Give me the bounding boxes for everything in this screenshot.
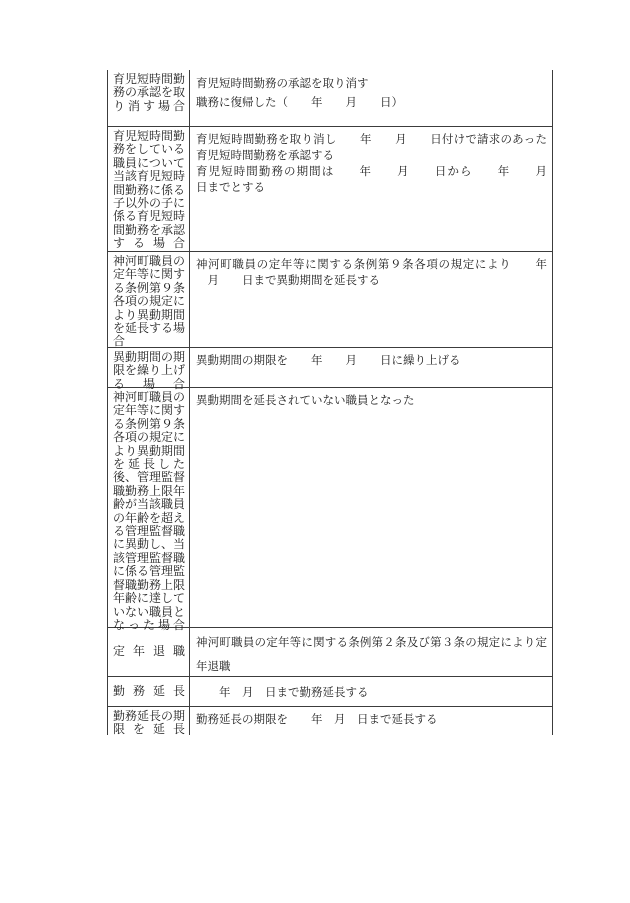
condition-text-line: 年齢に達して [113,592,185,605]
condition-text-line: 務の承認を取 [113,86,185,99]
table-row: 育児短時間勤務の承認を取り消す場合育児短時間勤務の承認を取り消す職務に復帰した（… [108,70,552,127]
action-cell: 神河町職員の定年等に関する条例第２条及び第３条の規定により定年退職 [190,628,552,676]
ordinance-procedure-table: 育児短時間勤務の承認を取り消す場合育児短時間勤務の承認を取り消す職務に復帰した（… [107,70,553,735]
table-row: 神河町職員の定年等に関する条例第９条各項の規定により異動期間を延長した後、管理監… [108,388,552,628]
condition-text-line: 係る育児短時 [113,210,185,223]
table-row: 勤務延長 年 月 日まで勤務延長する [108,677,552,707]
action-text-line: 神河町職員の定年等に関する条例第２条及び第３条の規定により定 [196,630,547,654]
condition-cell: 異動期間の期限を繰り上げる場合 [108,348,190,387]
condition-text-line: 合 [113,335,185,348]
action-text-line: 育児短時間勤務を承認する [196,147,547,163]
condition-text-line: 後、管理監督 [113,471,185,484]
condition-text-line: 務をしている [113,143,185,156]
condition-text-line: に係る管理監 [113,565,185,578]
action-cell: 神河町職員の定年等に関する条例第９条各項の規定により 年 月 日まで異動期間を延… [190,252,552,347]
action-cell: 勤務延長の期限を 年 月 日まで延長する [190,707,552,735]
table-row: 異動期間の期限を繰り上げる場合異動期間の期限を 年 月 日に繰り上げる [108,348,552,388]
condition-text-line: 育児短時間勤 [113,73,185,86]
action-text-line: 年 月 日まで勤務延長する [196,684,547,700]
condition-cell: 勤務延長 [108,677,190,706]
condition-text-line: 勤務延長の期 [113,710,185,723]
action-text-line: 勤務延長の期限を 年 月 日まで延長する [196,711,547,727]
action-text-line: 年退職 [196,654,547,676]
condition-text-line: 当該育児短時 [113,170,185,183]
condition-text-line: 定年等に関す [113,268,185,281]
condition-cell: 神河町職員の定年等に関する条例第９条各項の規定により異動期間を延長する場合 [108,252,190,347]
condition-text-line: 各項の規定に [113,431,185,444]
action-text-line: 育児短時間勤務を取り消し 年 月 日付けで請求のあった [196,131,547,147]
table-row: 勤務延長の期限を延長勤務延長の期限を 年 月 日まで延長する [108,707,552,735]
condition-cell: 育児短時間勤務をしている職員について当該育児短時間勤務に係る子以外の子に係る育児… [108,127,190,251]
action-text-line: 異動期間の期限を 年 月 日に繰り上げる [196,352,547,368]
condition-text-line: 勤務延長 [113,685,185,698]
action-text-line: 月 日まで異動期間を延長する [196,272,547,288]
action-cell: 異動期間の期限を 年 月 日に繰り上げる [190,348,552,387]
table-row: 育児短時間勤務をしている職員について当該育児短時間勤務に係る子以外の子に係る育児… [108,127,552,252]
condition-cell: 勤務延長の期限を延長 [108,707,190,735]
condition-text-line: 各項の規定に [113,295,185,308]
action-text-line: 育児短時間勤務の承認を取り消す [196,74,547,93]
condition-text-line: より異動期間 [113,445,185,458]
condition-text-line: 間勤務に係る [113,184,185,197]
condition-text-line: いない職員と [113,606,185,619]
condition-cell: 育児短時間勤務の承認を取り消す場合 [108,70,190,126]
action-text-line: 日までとする [196,179,547,195]
condition-text-line: 定年退職 [113,645,185,658]
condition-text-line: 定年等に関す [113,404,185,417]
action-text-line: 育児短時間勤務の期間は 年 月 日から 年 月 [196,163,547,179]
action-cell: 育児短時間勤務を取り消し 年 月 日付けで請求のあった育児短時間勤務を承認する育… [190,127,552,251]
condition-text-line: 育児短時間勤 [113,130,185,143]
action-text-line: 異動期間を延長されていない職員となった [196,392,547,408]
action-text-line: 職務に復帰した（ 年 月 日） [196,93,547,112]
action-cell: 育児短時間勤務の承認を取り消す職務に復帰した（ 年 月 日） [190,70,552,126]
condition-cell: 定年退職 [108,628,190,676]
table-row: 定年退職神河町職員の定年等に関する条例第２条及び第３条の規定により定年退職 [108,628,552,677]
document-page: 育児短時間勤務の承認を取り消す場合育児短時間勤務の承認を取り消す職務に復帰した（… [0,0,630,903]
condition-text-line: 限を繰り上げ [113,364,185,377]
action-cell: 異動期間を延長されていない職員となった [190,388,552,627]
condition-text-line: 齢が当該職員 [113,498,185,511]
action-text-line: 神河町職員の定年等に関する条例第９条各項の規定により 年 [196,256,547,272]
table-row: 神河町職員の定年等に関する条例第９条各項の規定により異動期間を延長する場合神河町… [108,252,552,348]
condition-text-line: 限を延長 [113,723,185,736]
condition-text-line: する場合 [113,237,185,250]
condition-text-line: り消す場合 [113,100,185,113]
condition-cell: 神河町職員の定年等に関する条例第９条各項の規定により異動期間を延長した後、管理監… [108,388,190,627]
condition-text-line: に異動し、当 [113,538,185,551]
action-cell: 年 月 日まで勤務延長する [190,677,552,706]
